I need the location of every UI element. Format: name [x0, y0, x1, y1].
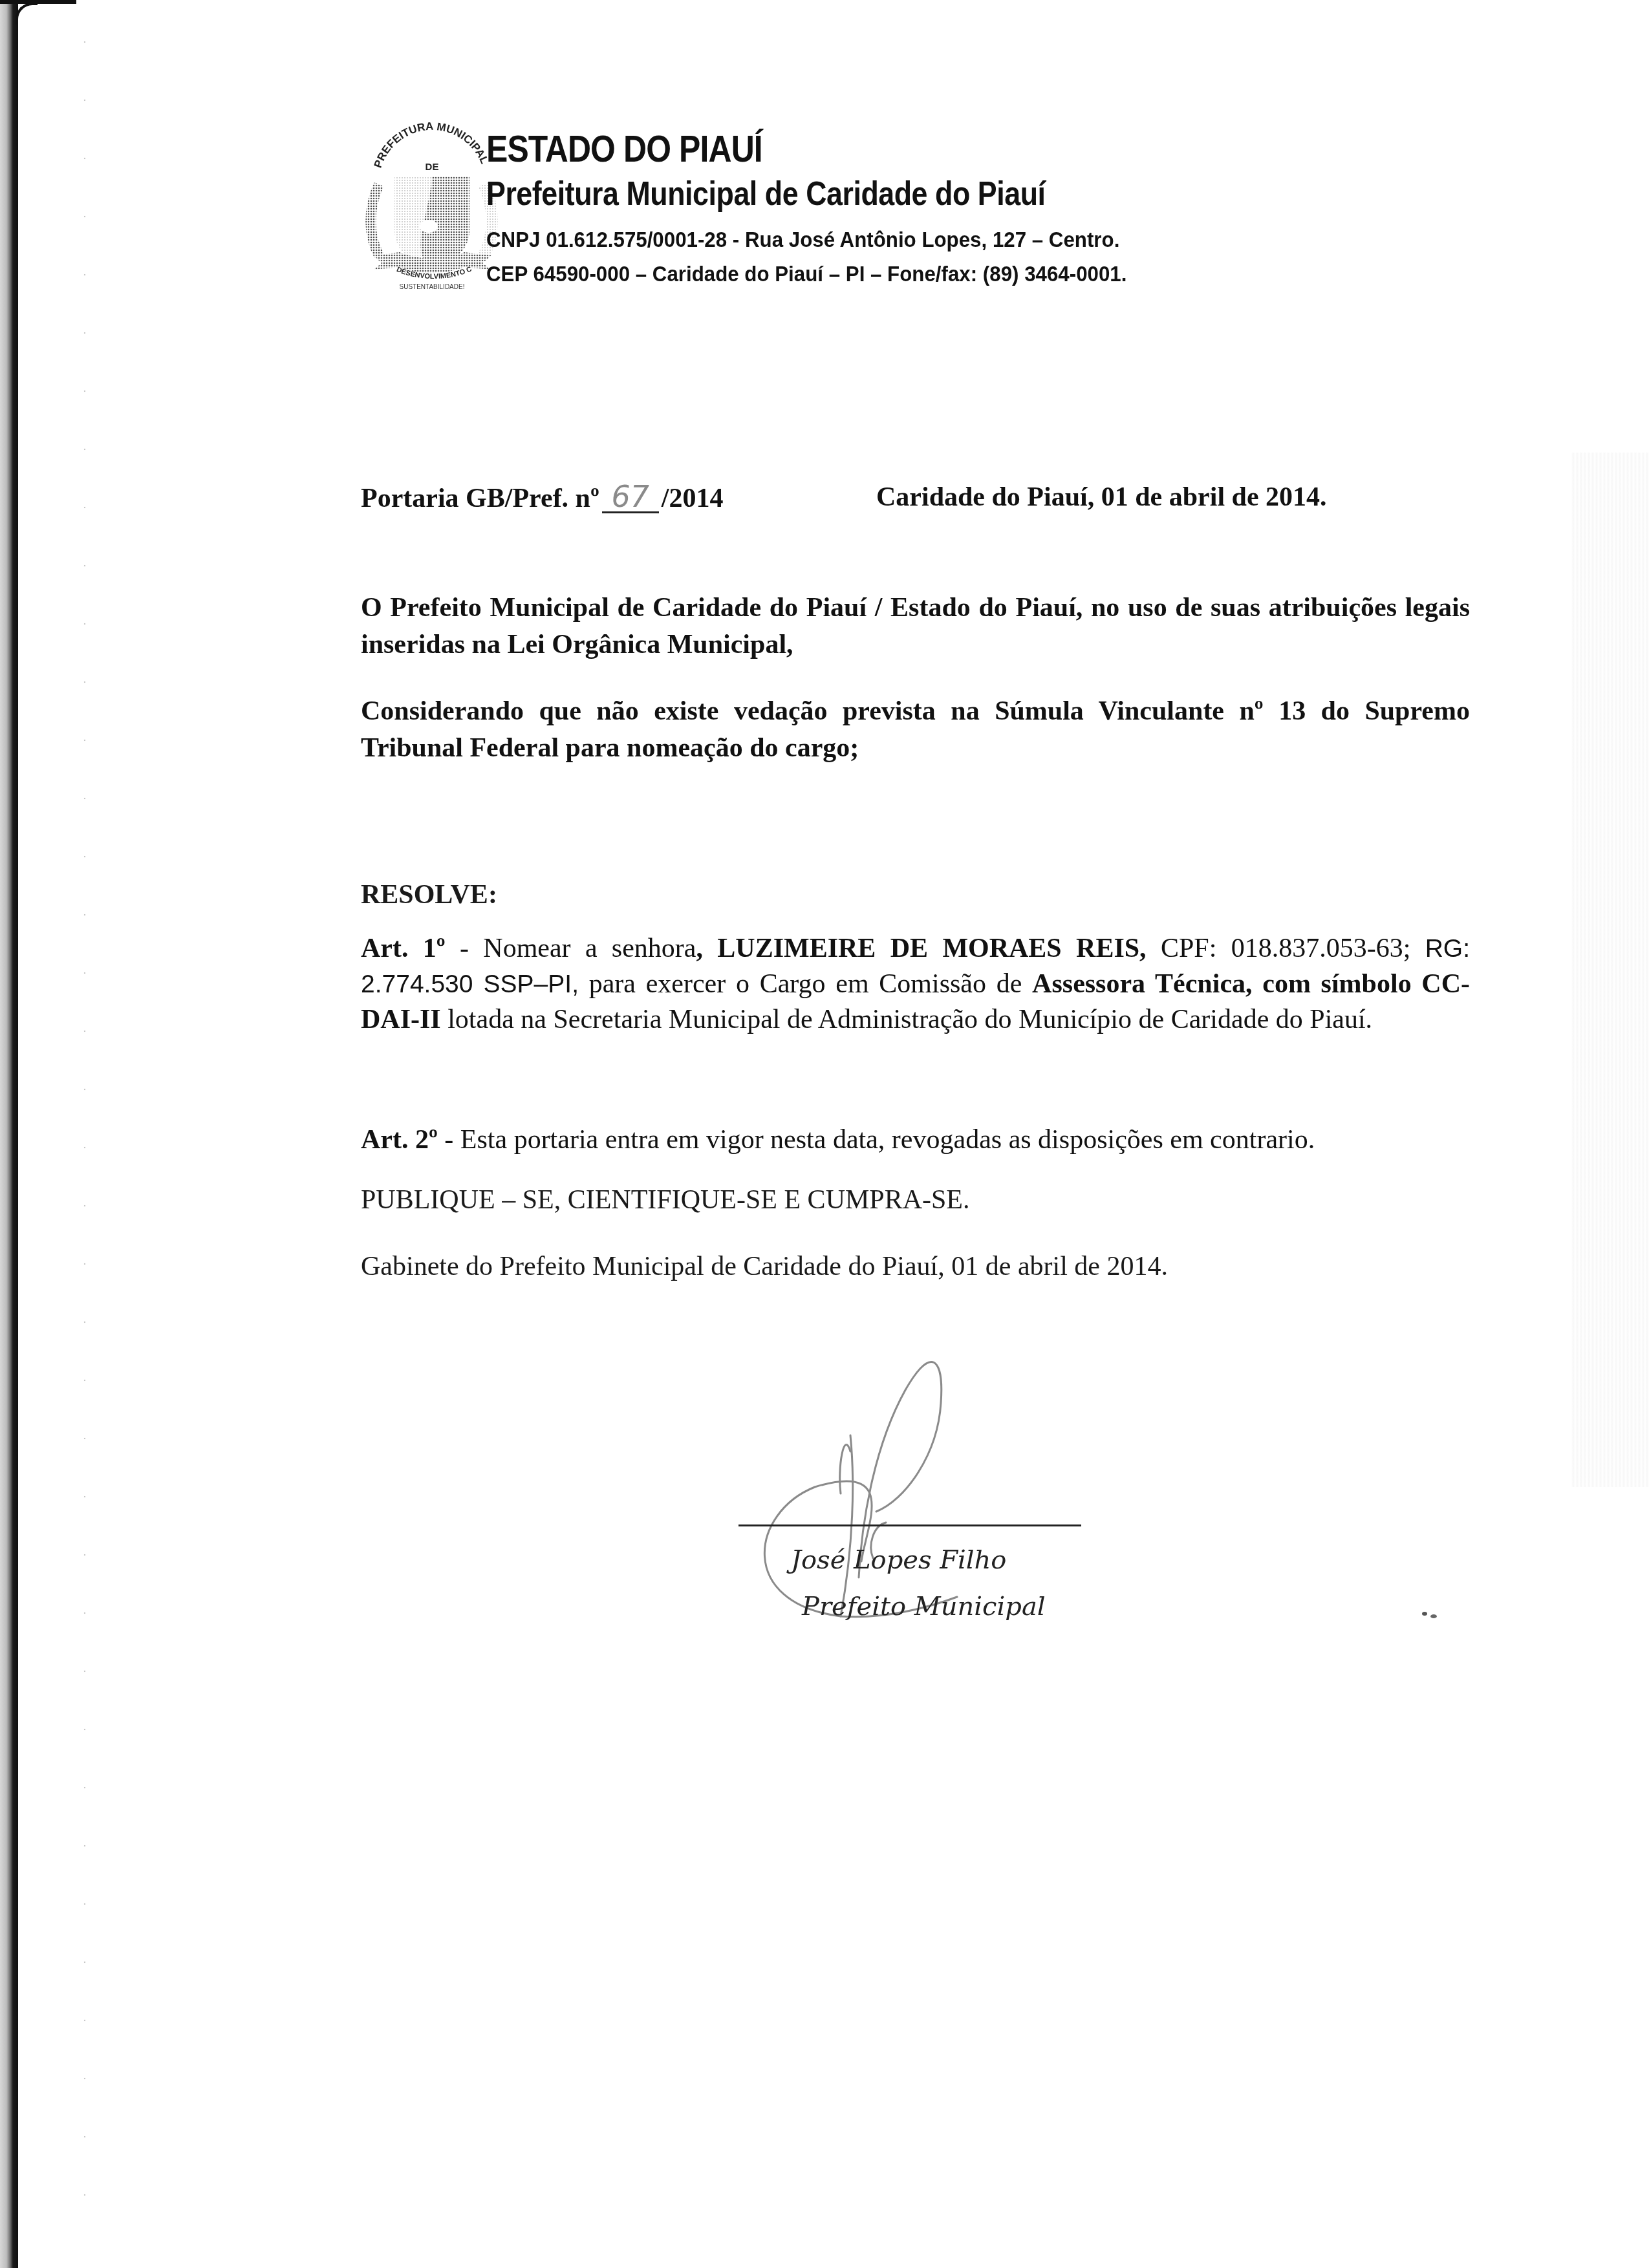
article-1: Art. 1º - Nomear a senhora, LUZIMEIRE DE…	[361, 931, 1470, 1037]
header-cnpj-address: CNPJ 01.612.575/0001-28 - Rua José Antôn…	[486, 228, 1119, 253]
scan-artifact-dots	[83, 13, 87, 2211]
article-1-text-c: lotada na Secretaria Municipal de Admini…	[441, 1005, 1372, 1034]
scan-specks	[1419, 1609, 1445, 1621]
header-state-title: ESTADO DO PIAUÍ	[486, 127, 762, 171]
publish-clause: PUBLIQUE – SE, CIENTIFIQUE-SE E CUMPRA-S…	[361, 1184, 970, 1215]
scan-page-corner	[16, 3, 38, 25]
article-1-label: Art. 1º	[361, 934, 446, 963]
portaria-number-line: Portaria GB/Pref. nº 67 /2014	[361, 482, 724, 514]
article-1-text-a: - Nomear a senhora	[446, 934, 696, 963]
scan-border-top	[0, 0, 76, 4]
header-cep-phone: CEP 64590-000 – Caridade do Piauí – PI –…	[486, 262, 1126, 287]
header-prefeitura-title: Prefeitura Municipal de Caridade do Piau…	[486, 175, 1046, 213]
portaria-prefix: Portaria GB/Pref. nº	[361, 483, 599, 514]
resolve-heading: RESOLVE:	[361, 879, 497, 910]
article-2: Art. 2º - Esta portaria entra em vigor n…	[361, 1122, 1470, 1159]
crest-de-text: DE	[426, 162, 439, 173]
appointee-cpf: CPF: 018.837.053-63;	[1147, 934, 1411, 963]
signatory-role: Prefeito Municipal	[802, 1592, 1046, 1621]
portaria-year: /2014	[662, 483, 724, 514]
appointee-name: , LUZIMEIRE DE MORAES REIS,	[696, 934, 1147, 963]
portaria-place-date: Caridade do Piauí, 01 de abril de 2014.	[876, 482, 1327, 513]
scan-artifact-right	[1571, 453, 1649, 1487]
article-2-text: - Esta portaria entra em vigor nesta dat…	[438, 1125, 1315, 1155]
signatory-name: José Lopes Filho	[791, 1545, 1006, 1575]
intro-paragraph: O Prefeito Municipal de Caridade do Piau…	[361, 590, 1470, 663]
gabinete-date-line: Gabinete do Prefeito Municipal de Carida…	[361, 1251, 1168, 1282]
scan-border-left	[0, 0, 18, 2268]
crest-motto-2: SUSTENTABILIDADE!	[400, 284, 465, 291]
article-1-text-b: para exercer o Cargo em Comissão de	[579, 969, 1032, 999]
considerando-paragraph: Considerando que não existe vedação prev…	[361, 693, 1470, 767]
portaria-handwritten-number: 67	[602, 482, 659, 513]
article-2-label: Art. 2º	[361, 1125, 438, 1155]
signature-line	[738, 1524, 1081, 1526]
